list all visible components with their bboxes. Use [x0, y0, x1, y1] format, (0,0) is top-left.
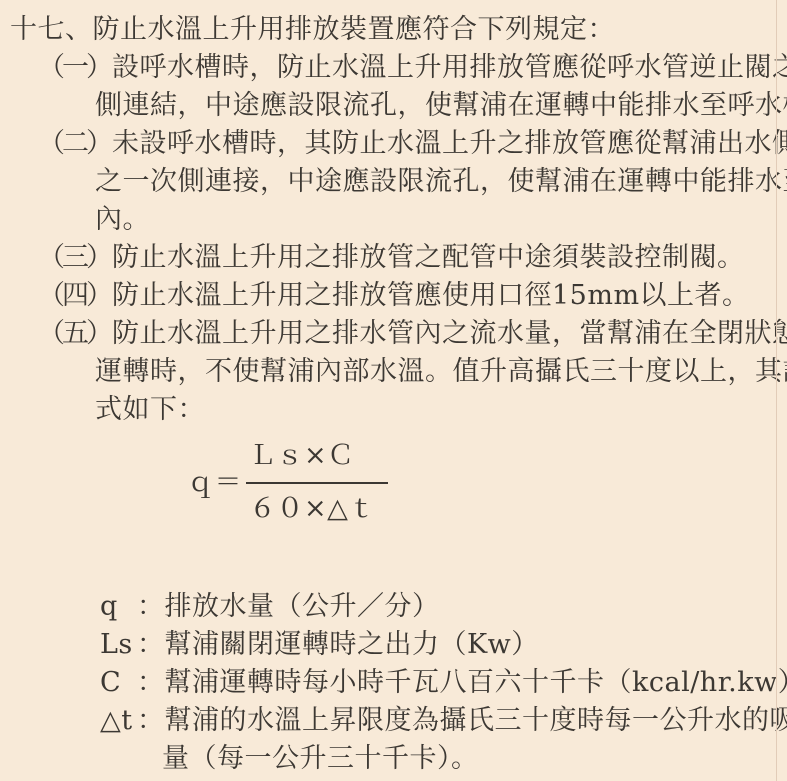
item-5-line-1: 防止水溫上升用之排水管內之流水量，當幫浦在全閉狀態下連續	[112, 315, 787, 353]
definition-q-colon: ：	[137, 588, 165, 626]
fraction-bar	[246, 482, 388, 484]
item-4-marker: （四）	[38, 277, 112, 315]
definition-c-text: 幫浦運轉時每小時千瓦八百六十千卡（kcal/hr.kw）	[165, 664, 787, 702]
symbol-definitions: q ： 排放水量（公升／分） Ls ： 幫浦關閉運轉時之出力（Kw） C ： 幫…	[10, 588, 779, 778]
item-5-line-2: 運轉時，不使幫浦內部水溫。值升高攝氏三十度以上，其計算方	[10, 353, 779, 391]
definition-ls-text: 幫浦關閉運轉時之出力（Kw）	[165, 626, 539, 664]
definition-ls-symbol: Ls	[100, 626, 137, 664]
definition-ls-colon: ：	[137, 626, 165, 664]
regulation-document: 十七、防止水溫上升用排放裝置應符合下列規定： （一） 設呼水槽時，防止水溫上升用…	[0, 0, 787, 778]
definition-delta-t: △t ： 幫浦的水溫上昇限度為攝氏三十度時每一公升水的吸收熱	[10, 702, 779, 740]
definition-delta-t-symbol: △t	[100, 702, 137, 740]
list-item-4: （四） 防止水溫上升用之排放管應使用口徑15mm以上者。	[10, 277, 779, 315]
item-5-marker: （五）	[38, 315, 112, 353]
definition-c-symbol: C	[100, 664, 137, 702]
definition-q: q ： 排放水量（公升／分）	[10, 588, 779, 626]
item-2-line-1: 未設呼水槽時，其防止水溫上升之排放管應從幫浦出水側逆止閥	[112, 125, 787, 163]
item-2-line-3: 內。	[10, 201, 779, 239]
item-2-line-2: 之一次側連接，中途應設限流孔，使幫浦在運轉中能排水至水槽	[10, 163, 779, 201]
list-item-5: （五） 防止水溫上升用之排水管內之流水量，當幫浦在全閉狀態下連續	[10, 315, 779, 353]
list-item-1: （一） 設呼水槽時，防止水溫上升用排放管應從呼水管逆止閥之靠幫浦	[10, 49, 779, 87]
definition-delta-t-text: 幫浦的水溫上昇限度為攝氏三十度時每一公升水的吸收熱	[165, 702, 787, 740]
definition-ls: Ls ： 幫浦關閉運轉時之出力（Kw）	[10, 626, 779, 664]
definition-q-symbol: q	[100, 588, 137, 626]
item-5-line-3: 式如下：	[10, 391, 779, 429]
item-1-marker: （一）	[38, 49, 112, 87]
page-edge-line	[776, 0, 777, 781]
formula-numerator: Ｌｓ×Ｃ	[246, 437, 388, 475]
list-item-3: （三） 防止水溫上升用之排放管之配管中途須裝設控制閥。	[10, 239, 779, 277]
flow-rate-formula: ｑ＝ Ｌｓ×Ｃ ６０×△ｔ	[10, 437, 779, 528]
definition-q-text: 排放水量（公升／分）	[165, 588, 440, 626]
formula-denominator: ６０×△ｔ	[246, 490, 388, 528]
formula-fraction: Ｌｓ×Ｃ ６０×△ｔ	[246, 437, 388, 528]
clause-17-heading: 十七、防止水溫上升用排放裝置應符合下列規定：	[10, 11, 779, 49]
formula-lhs: ｑ＝	[187, 464, 246, 502]
item-3-marker: （三）	[38, 239, 112, 277]
definition-delta-t-text-wrap: 量（每一公升三十千卡）。	[10, 740, 779, 778]
item-1-line-2: 側連結，中途應設限流孔，使幫浦在運轉中能排水至呼水槽。	[10, 87, 779, 125]
list-item-2: （二） 未設呼水槽時，其防止水溫上升之排放管應從幫浦出水側逆止閥	[10, 125, 779, 163]
item-4-line-1: 防止水溫上升用之排放管應使用口徑15mm以上者。	[112, 277, 750, 315]
item-1-line-1: 設呼水槽時，防止水溫上升用排放管應從呼水管逆止閥之靠幫浦	[112, 49, 787, 87]
item-2-marker: （二）	[38, 125, 112, 163]
definition-delta-t-colon: ：	[137, 702, 165, 740]
definition-c-colon: ：	[137, 664, 165, 702]
definition-c: C ： 幫浦運轉時每小時千瓦八百六十千卡（kcal/hr.kw）	[10, 664, 779, 702]
item-3-line-1: 防止水溫上升用之排放管之配管中途須裝設控制閥。	[112, 239, 745, 277]
